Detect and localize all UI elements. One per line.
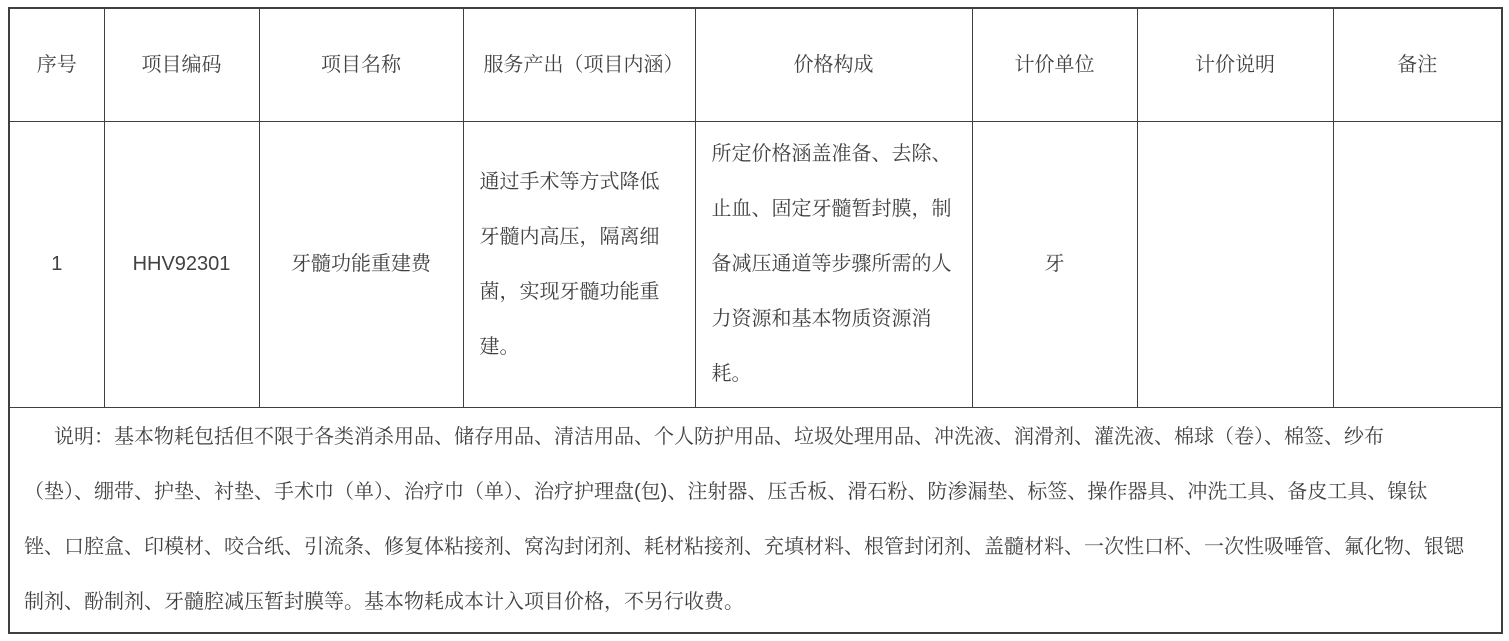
col-header-unit: 计价单位 [972, 8, 1137, 122]
cell-name: 牙髓功能重建费 [259, 122, 463, 408]
cell-index: 1 [9, 122, 104, 408]
col-header-output: 服务产出（项目内涵） [463, 8, 695, 122]
document-page: 序号 项目编码 项目名称 服务产出（项目内涵） 价格构成 计价单位 计价说明 备… [0, 0, 1509, 641]
fee-schedule-table: 序号 项目编码 项目名称 服务产出（项目内涵） 价格构成 计价单位 计价说明 备… [8, 7, 1503, 634]
footnote-line-1: 说明：基本物耗包括但不限于各类消杀用品、储存用品、清洁用品、个人防护用品、垃圾处… [24, 410, 1487, 465]
cell-code: HHV92301 [104, 122, 259, 408]
footnote-line-4: 制剂、酚制剂、牙髓腔减压暂封膜等。基本物耗成本计入项目价格，不另行收费。 [24, 575, 1487, 630]
col-header-name: 项目名称 [259, 8, 463, 122]
cell-unit: 牙 [972, 122, 1137, 408]
table-row: 1 HHV92301 牙髓功能重建费 通过手术等方式降低牙髓内高压，隔离细菌，实… [9, 122, 1502, 408]
cell-price-composition: 所定价格涵盖准备、去除、止血、固定牙髓暂封膜，制备减压通道等步骤所需的人力资源和… [695, 122, 972, 408]
footnote-cell: 说明：基本物耗包括但不限于各类消杀用品、储存用品、清洁用品、个人防护用品、垃圾处… [9, 408, 1502, 634]
cell-output: 通过手术等方式降低牙髓内高压，隔离细菌，实现牙髓功能重建。 [463, 122, 695, 408]
col-header-index: 序号 [9, 8, 104, 122]
col-header-code: 项目编码 [104, 8, 259, 122]
footnote-line-2: （垫）、绷带、护垫、衬垫、手术巾（单）、治疗巾（单）、治疗护理盘(包)、注射器、… [24, 465, 1487, 520]
footnote-row: 说明：基本物耗包括但不限于各类消杀用品、储存用品、清洁用品、个人防护用品、垃圾处… [9, 408, 1502, 634]
footnote-line-3: 锉、口腔盒、印模材、咬合纸、引流条、修复体粘接剂、窝沟封闭剂、耗材粘接剂、充填材… [24, 520, 1487, 575]
col-header-remark: 备注 [1333, 8, 1502, 122]
cell-remark [1333, 122, 1502, 408]
header-row: 序号 项目编码 项目名称 服务产出（项目内涵） 价格构成 计价单位 计价说明 备… [9, 8, 1502, 122]
col-header-price-composition: 价格构成 [695, 8, 972, 122]
cell-pricing-note [1137, 122, 1333, 408]
col-header-pricing-note: 计价说明 [1137, 8, 1333, 122]
